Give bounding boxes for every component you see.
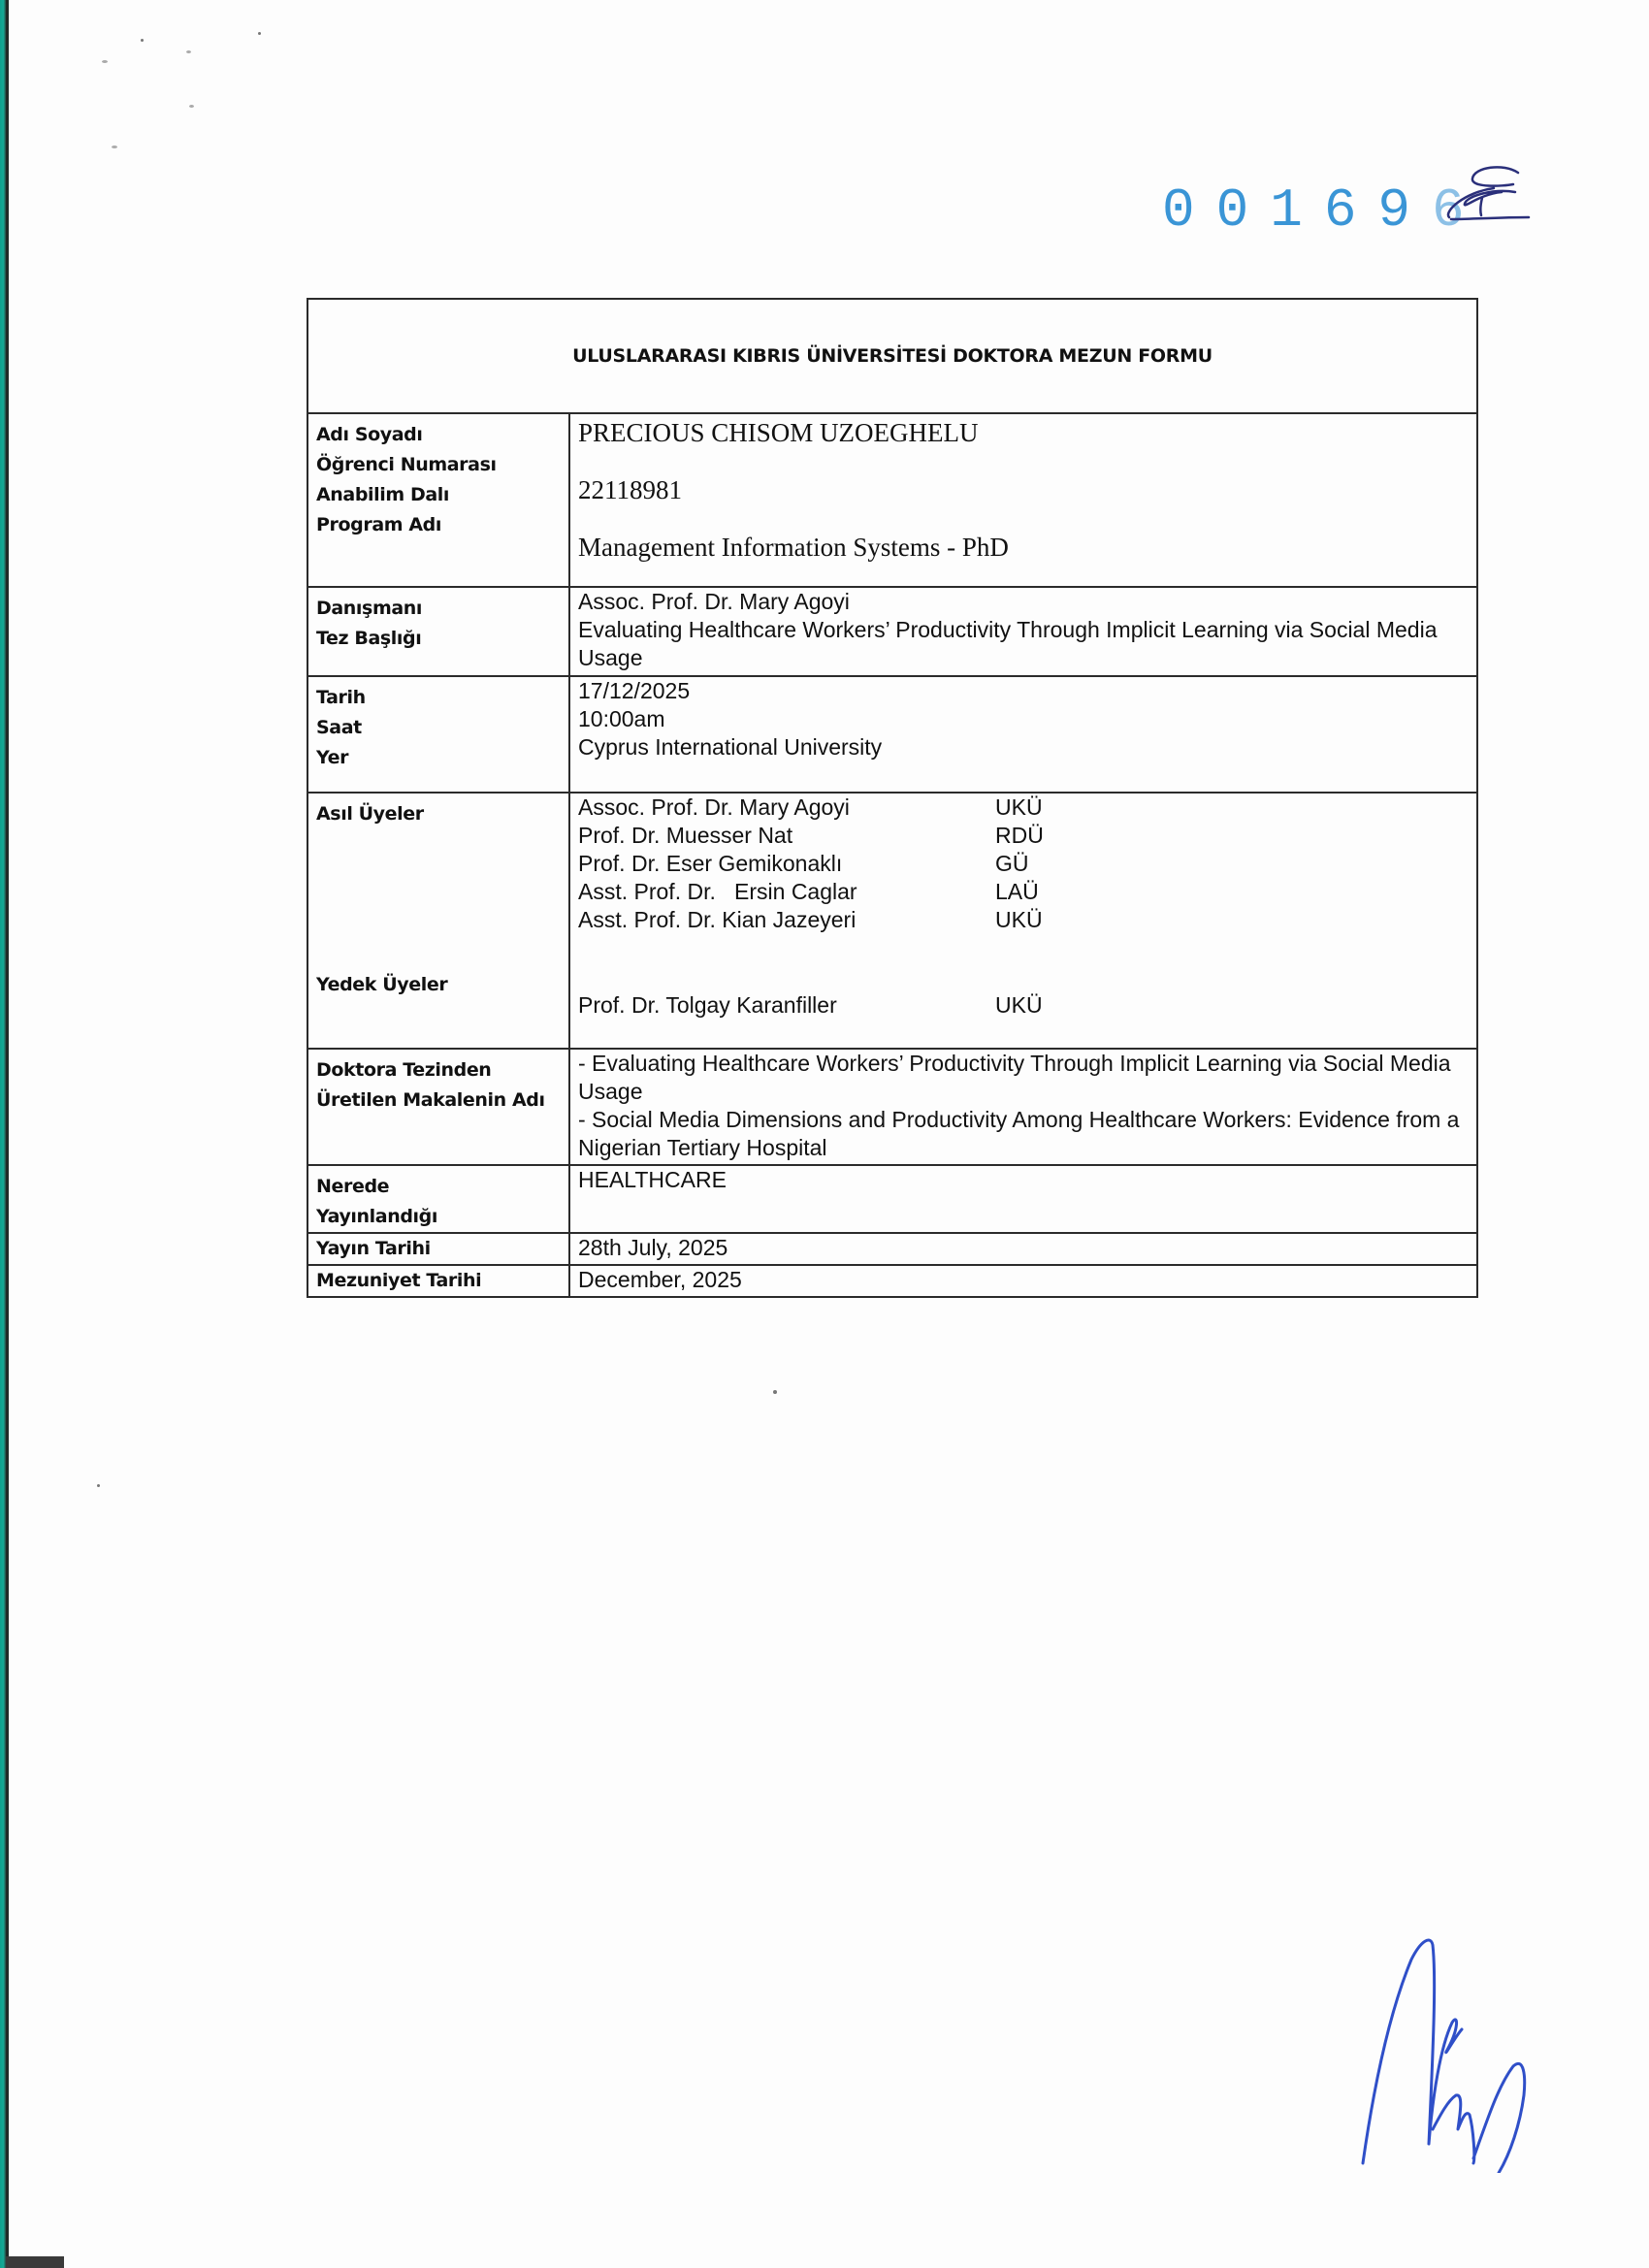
committee-row: Asıl Üyeler Yedek Üyeler Assoc. Prof. Dr…	[307, 793, 1477, 1049]
reserve-members-list: Prof. Dr. Tolgay KaranfillerUKÜ	[578, 991, 1476, 1020]
committee-values: Assoc. Prof. Dr. Mary AgoyiUKÜProf. Dr. …	[569, 793, 1477, 1049]
student-info-row: Adı Soyadı Öğrenci Numarası Anabilim Dal…	[307, 413, 1477, 587]
publication-date-value: 28th July, 2025	[569, 1233, 1477, 1265]
articles-labels: Doktora Tezinden Üretilen Makalenin Adı	[307, 1049, 569, 1165]
articles-row: Doktora Tezinden Üretilen Makalenin Adı …	[307, 1049, 1477, 1165]
articles-values: - Evaluating Healthcare Workers’ Product…	[569, 1049, 1477, 1165]
graduation-date-row: Mezuniyet Tarihi December, 2025	[307, 1265, 1477, 1297]
thesis-labels: Danışmanı Tez Başlığı	[307, 587, 569, 676]
doctoral-graduate-form: ULUSLARARASI KIBRIS ÜNİVERSİTESİ DOKTORA…	[307, 298, 1478, 1298]
committee-member-name: Prof. Dr. Tolgay Karanfiller	[578, 991, 995, 1020]
program-name: Management Information Systems - PhD	[578, 529, 1476, 586]
defense-date: 17/12/2025	[578, 677, 1476, 705]
student-labels: Adı Soyadı Öğrenci Numarası Anabilim Dal…	[307, 413, 569, 587]
defense-place: Cyprus International University	[578, 733, 1476, 761]
scan-speck	[97, 1484, 100, 1487]
scanner-edge-shadow	[6, 0, 9, 2268]
publication-date-row: Yayın Tarihi 28th July, 2025	[307, 1233, 1477, 1265]
article-item: - Social Media Dimensions and Productivi…	[578, 1106, 1476, 1162]
student-number: 22118981	[578, 471, 1476, 529]
published-where-label: Nerede Yayınlandığı	[307, 1165, 569, 1233]
defense-labels: Tarih Saat Yer	[307, 676, 569, 793]
reserve-members-label: Yedek Üyeler	[316, 970, 447, 1000]
defense-values: 17/12/2025 10:00am Cyprus International …	[569, 676, 1477, 793]
committee-member-institution: RDÜ	[995, 822, 1112, 850]
defense-row: Tarih Saat Yer 17/12/2025 10:00am Cyprus…	[307, 676, 1477, 793]
advisor-name: Assoc. Prof. Dr. Mary Agoyi	[578, 588, 1476, 616]
graduation-date-value: December, 2025	[569, 1265, 1477, 1297]
thesis-values: Assoc. Prof. Dr. Mary Agoyi Evaluating H…	[569, 587, 1477, 676]
main-members-label: Asıl Üyeler	[316, 799, 568, 829]
committee-member-name: Prof. Dr. Muesser Nat	[578, 822, 995, 850]
published-where-row: Nerede Yayınlandığı HEALTHCARE	[307, 1165, 1477, 1233]
scan-speck	[186, 50, 191, 53]
committee-member-institution: UKÜ	[995, 794, 1112, 822]
scan-speck	[189, 105, 194, 108]
scan-speck	[102, 60, 108, 63]
form-title: ULUSLARARASI KIBRIS ÜNİVERSİTESİ DOKTORA…	[307, 299, 1477, 413]
committee-labels: Asıl Üyeler Yedek Üyeler	[307, 793, 569, 1049]
main-members-list: Assoc. Prof. Dr. Mary AgoyiUKÜProf. Dr. …	[578, 794, 1476, 934]
committee-member-institution: UKÜ	[995, 906, 1112, 934]
scanner-corner-shadow	[6, 2256, 64, 2268]
scan-speck	[141, 39, 144, 42]
article-item: - Evaluating Healthcare Workers’ Product…	[578, 1050, 1476, 1106]
committee-member-institution: LAÜ	[995, 878, 1112, 906]
published-where-value: HEALTHCARE	[569, 1165, 1477, 1233]
scan-speck	[112, 146, 117, 148]
committee-member-name: Asst. Prof. Dr. Kian Jazeyeri	[578, 906, 995, 934]
student-name: PRECIOUS CHISOM UZOEGHELU	[578, 414, 1476, 471]
handwritten-initials	[1436, 153, 1533, 231]
graduation-date-label: Mezuniyet Tarihi	[307, 1265, 569, 1297]
committee-member-name: Assoc. Prof. Dr. Mary Agoyi	[578, 794, 995, 822]
scan-speck	[773, 1390, 777, 1394]
thesis-row: Danışmanı Tez Başlığı Assoc. Prof. Dr. M…	[307, 587, 1477, 676]
committee-member-name: Prof. Dr. Eser Gemikonaklı	[578, 850, 995, 878]
student-values: PRECIOUS CHISOM UZOEGHELU 22118981 Manag…	[569, 413, 1477, 587]
publication-date-label: Yayın Tarihi	[307, 1233, 569, 1265]
defense-time: 10:00am	[578, 705, 1476, 733]
committee-member-name: Asst. Prof. Dr. Ersin Caglar	[578, 878, 995, 906]
signature	[1343, 1921, 1537, 2173]
committee-member-institution: UKÜ	[995, 991, 1112, 1020]
scan-speck	[258, 32, 261, 35]
committee-member-institution: GÜ	[995, 850, 1112, 878]
thesis-title: Evaluating Healthcare Workers’ Productiv…	[578, 616, 1476, 672]
